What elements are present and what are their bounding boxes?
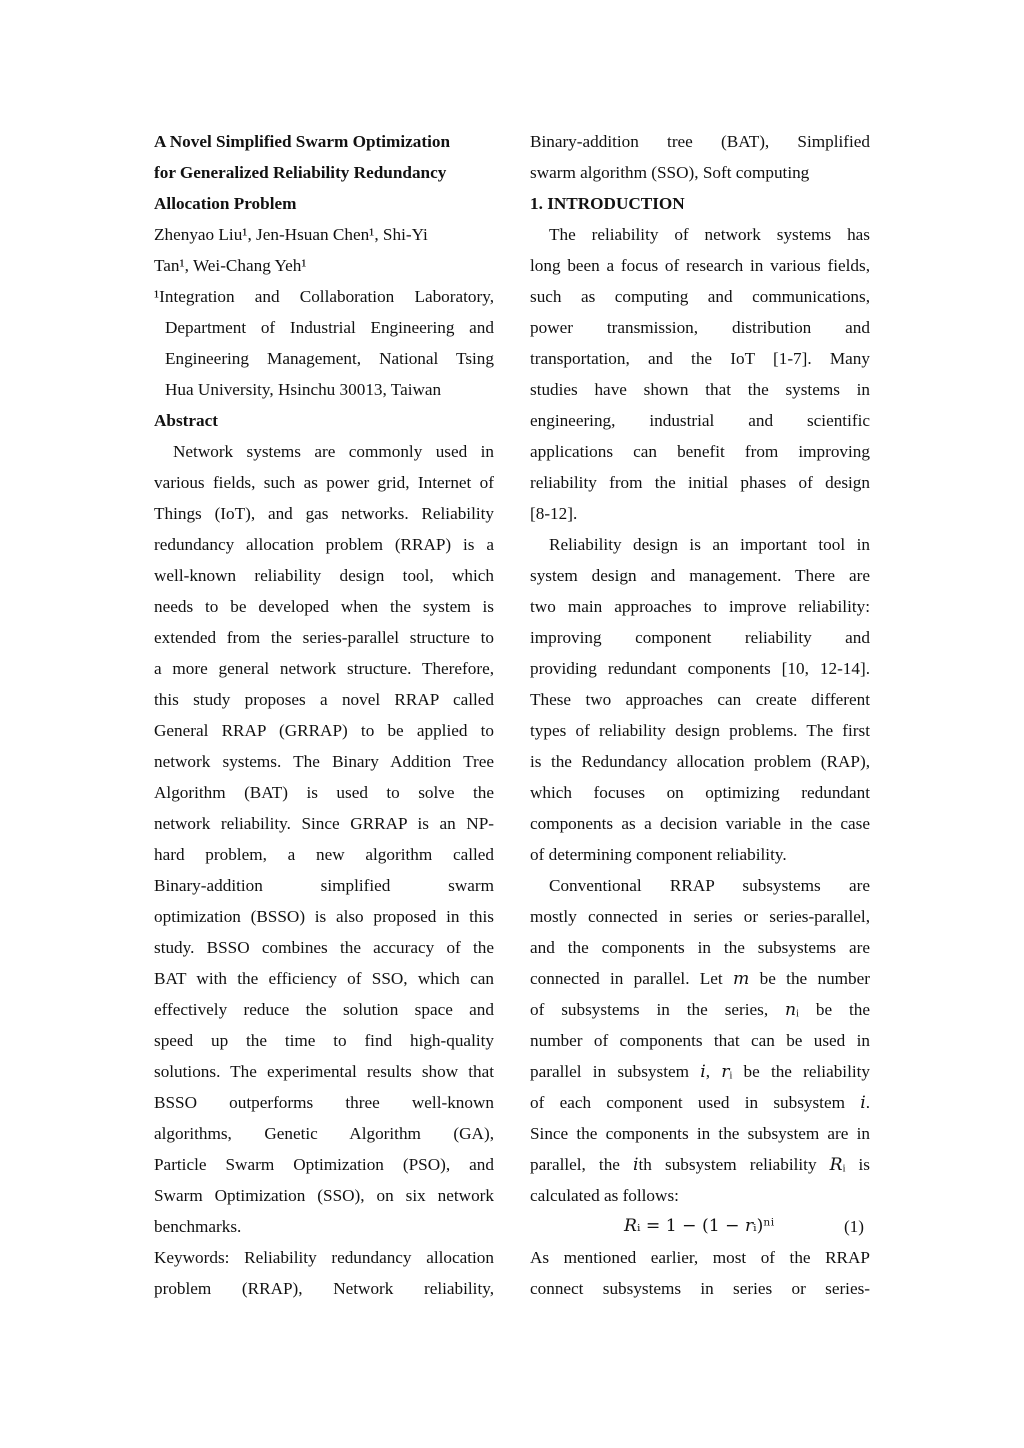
abstract-line: effectively reduce the solution space an… <box>154 994 494 1025</box>
intro-line: providing redundant components [10, 12-1… <box>530 653 870 684</box>
intro-line: parallel in subsystem 𝑖, 𝑟ᵢ be the relia… <box>530 1056 870 1087</box>
abstract-line: Algorithm (BAT) is used to solve the <box>154 777 494 808</box>
intro-line: long been a focus of research in various… <box>530 250 870 281</box>
intro-line: of each component used in subsystem 𝑖. <box>530 1087 870 1118</box>
abstract-line: General RRAP (GRRAP) to be applied to <box>154 715 494 746</box>
authors-line: Tan¹, Wei-Chang Yeh¹ <box>154 250 494 281</box>
affiliation-line: Department of Industrial Engineering and <box>154 312 494 343</box>
abstract-line: Things (IoT), and gas networks. Reliabil… <box>154 498 494 529</box>
intro-line: power transmission, distribution and <box>530 312 870 343</box>
intro-line: of subsystems in the series, 𝑛ᵢ be the <box>530 994 870 1025</box>
equation-number: (1) <box>844 1211 864 1242</box>
equation-1: 𝑅ᵢ = 1 − (1 − 𝑟ᵢ)ⁿⁱ (1) <box>530 1211 870 1242</box>
abstract-line: various fields, such as power grid, Inte… <box>154 467 494 498</box>
abstract-line: optimization (BSSO) is also proposed in … <box>154 901 494 932</box>
intro-line: system design and management. There are <box>530 560 870 591</box>
keywords-line: swarm algorithm (SSO), Soft computing <box>530 157 870 188</box>
intro-line: Reliability design is an important tool … <box>530 529 870 560</box>
section-heading-introduction: 1. INTRODUCTION <box>530 188 870 219</box>
affiliation-line: Hua University, Hsinchu 30013, Taiwan <box>154 374 494 405</box>
intro-line: Conventional RRAP subsystems are <box>530 870 870 901</box>
intro-line: of determining component reliability. <box>530 839 870 870</box>
intro-line: applications can benefit from improving <box>530 436 870 467</box>
intro-line: reliability from the initial phases of d… <box>530 467 870 498</box>
abstract-line: Swarm Optimization (SSO), on six network <box>154 1180 494 1211</box>
intro-line: improving component reliability and <box>530 622 870 653</box>
affiliation-line: ¹Integration and Collaboration Laborator… <box>154 281 494 312</box>
intro-line: The reliability of network systems has <box>530 219 870 250</box>
keywords-line: Keywords: Reliability redundancy allocat… <box>154 1242 494 1273</box>
intro-line: engineering, industrial and scientific <box>530 405 870 436</box>
keywords-line: problem (RRAP), Network reliability, <box>154 1273 494 1304</box>
intro-line: components as a decision variable in the… <box>530 808 870 839</box>
intro-line: These two approaches can create differen… <box>530 684 870 715</box>
abstract-line: Network systems are commonly used in <box>154 436 494 467</box>
title-line: for Generalized Reliability Redundancy <box>154 157 494 188</box>
abstract-line: a more general network structure. Theref… <box>154 653 494 684</box>
intro-line: As mentioned earlier, most of the RRAP <box>530 1242 870 1273</box>
intro-line: such as computing and communications, <box>530 281 870 312</box>
abstract-line: network reliability. Since GRRAP is an N… <box>154 808 494 839</box>
intro-line: connect subsystems in series or series- <box>530 1273 870 1304</box>
intro-line: types of reliability design problems. Th… <box>530 715 870 746</box>
abstract-line: BAT with the efficiency of SSO, which ca… <box>154 963 494 994</box>
abstract-line: redundancy allocation problem (RRAP) is … <box>154 529 494 560</box>
abstract-line: this study proposes a novel RRAP called <box>154 684 494 715</box>
intro-line: connected in parallel. Let 𝑚 be the numb… <box>530 963 870 994</box>
intro-line: transportation, and the IoT [1-7]. Many <box>530 343 870 374</box>
abstract-line: needs to be developed when the system is <box>154 591 494 622</box>
abstract-line: Binary-addition simplified swarm <box>154 870 494 901</box>
abstract-line: network systems. The Binary Addition Tre… <box>154 746 494 777</box>
title-line: A Novel Simplified Swarm Optimization <box>154 126 494 157</box>
abstract-line: hard problem, a new algorithm called <box>154 839 494 870</box>
intro-line: [8-12]. <box>530 498 870 529</box>
intro-line: which focuses on optimizing redundant <box>530 777 870 808</box>
equation-body: 𝑅ᵢ = 1 − (1 − 𝑟ᵢ)ⁿⁱ <box>624 1211 774 1242</box>
intro-line: two main approaches to improve reliabili… <box>530 591 870 622</box>
abstract-heading: Abstract <box>154 405 494 436</box>
authors-line: Zhenyao Liu¹, Jen-Hsuan Chen¹, Shi-Yi <box>154 219 494 250</box>
intro-line: calculated as follows: <box>530 1180 870 1211</box>
abstract-line: speed up the time to find high-quality <box>154 1025 494 1056</box>
abstract-line: algorithms, Genetic Algorithm (GA), <box>154 1118 494 1149</box>
intro-line: studies have shown that the systems in <box>530 374 870 405</box>
intro-line: Since the components in the subsystem ar… <box>530 1118 870 1149</box>
intro-line: is the Redundancy allocation problem (RA… <box>530 746 870 777</box>
intro-line: and the components in the subsystems are <box>530 932 870 963</box>
right-column: Binary-addition tree (BAT), Simplified s… <box>530 126 870 1304</box>
abstract-line: extended from the series-parallel struct… <box>154 622 494 653</box>
intro-line: parallel, the 𝑖th subsystem reliability … <box>530 1149 870 1180</box>
left-column: A Novel Simplified Swarm Optimization fo… <box>154 126 494 1304</box>
abstract-line: Particle Swarm Optimization (PSO), and <box>154 1149 494 1180</box>
abstract-line: well-known reliability design tool, whic… <box>154 560 494 591</box>
abstract-line: benchmarks. <box>154 1211 494 1242</box>
abstract-line: study. BSSO combines the accuracy of the <box>154 932 494 963</box>
abstract-line: BSSO outperforms three well-known <box>154 1087 494 1118</box>
intro-line: mostly connected in series or series-par… <box>530 901 870 932</box>
abstract-line: solutions. The experimental results show… <box>154 1056 494 1087</box>
keywords-line: Binary-addition tree (BAT), Simplified <box>530 126 870 157</box>
intro-line: number of components that can be used in <box>530 1025 870 1056</box>
affiliation-line: Engineering Management, National Tsing <box>154 343 494 374</box>
title-line: Allocation Problem <box>154 188 494 219</box>
